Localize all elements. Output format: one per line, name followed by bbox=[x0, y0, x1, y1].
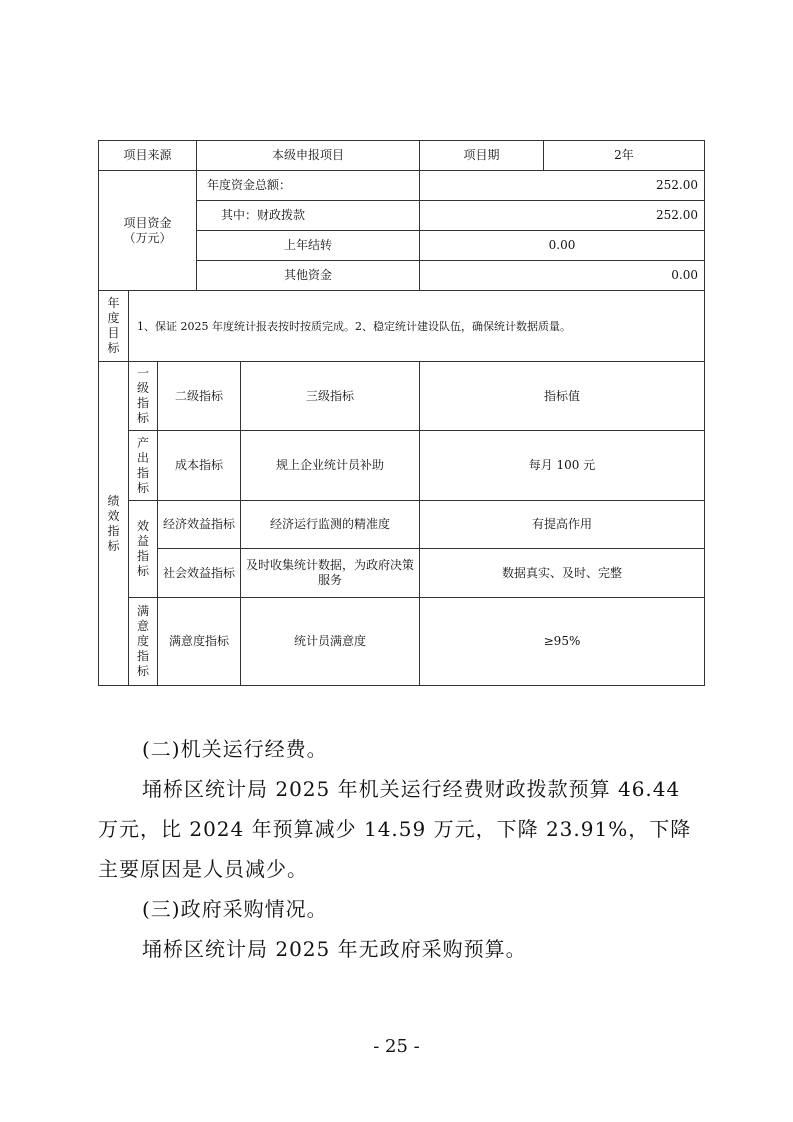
label-char: 指 bbox=[131, 396, 155, 411]
label-char: 标 bbox=[131, 564, 155, 579]
fund-row-value: 252.00 bbox=[420, 171, 705, 201]
label-char: 指 bbox=[131, 649, 155, 664]
fund-row-value: 252.00 bbox=[420, 201, 705, 231]
level2-cell: 成本指标 bbox=[158, 431, 241, 501]
funds-label: 项目资金 （万元） bbox=[99, 171, 197, 291]
label-char: 度 bbox=[101, 311, 126, 326]
value-cell: ≥95% bbox=[420, 598, 705, 686]
period-value: 2年 bbox=[544, 141, 705, 171]
annual-goal-text: 1、保证 2025 年度统计报表按时按质完成。2、稳定统计建设队伍，确保统计数据… bbox=[129, 291, 705, 362]
page-number: - 25 - bbox=[0, 1036, 793, 1057]
label-char: 标 bbox=[131, 411, 155, 426]
label-char: 标 bbox=[131, 481, 155, 496]
level3-cell: 经济运行监测的精准度 bbox=[241, 501, 420, 549]
level1-output: 产 出 指 标 bbox=[129, 431, 158, 501]
fund-row-label: 上年结转 bbox=[197, 231, 420, 261]
fund-row-label: 年度资金总额： bbox=[197, 171, 420, 201]
label-char: 绩 bbox=[101, 494, 126, 509]
header-level1: 一 级 指 标 bbox=[129, 362, 158, 431]
level3-cell: 及时收集统计数据，为政府决策服务 bbox=[241, 549, 420, 598]
funds-unit-text: （万元） bbox=[103, 231, 192, 246]
source-value: 本级申报项目 bbox=[197, 141, 420, 171]
paragraph-operating-expenses: 埇桥区统计局 2025 年机关运行经费财政拨款预算 46.44 万元，比 202… bbox=[98, 769, 704, 889]
header-level2: 二级指标 bbox=[158, 362, 241, 431]
value-cell: 数据真实、及时、完整 bbox=[420, 549, 705, 598]
fund-row-value: 0.00 bbox=[420, 231, 705, 261]
label-char: 满 bbox=[131, 604, 155, 619]
level1-benefit: 效 益 指 标 bbox=[129, 501, 158, 598]
label-char: 一 bbox=[131, 366, 155, 381]
label-char: 标 bbox=[101, 341, 126, 356]
label-char: 度 bbox=[131, 634, 155, 649]
label-char: 指 bbox=[131, 549, 155, 564]
label-char: 益 bbox=[131, 534, 155, 549]
level2-cell: 社会效益指标 bbox=[158, 549, 241, 598]
level2-cell: 满意度指标 bbox=[158, 598, 241, 686]
project-info-table: 项目来源 本级申报项目 项目期 2年 项目资金 （万元） 年度资金总额： 252… bbox=[98, 140, 705, 291]
fund-row-value: 0.00 bbox=[420, 261, 705, 291]
label-char: 效 bbox=[131, 519, 155, 534]
fund-row-label: 其他资金 bbox=[197, 261, 420, 291]
label-char: 标 bbox=[131, 664, 155, 679]
performance-table: 绩 效 指 标 一 级 指 标 二级指标 三级指标 指标值 产 出 指 标 成本… bbox=[98, 361, 705, 686]
period-label: 项目期 bbox=[420, 141, 544, 171]
label-char: 意 bbox=[131, 619, 155, 634]
label-char: 产 bbox=[131, 436, 155, 451]
label-char: 效 bbox=[101, 509, 126, 524]
value-cell: 每月 100 元 bbox=[420, 431, 705, 501]
header-value: 指标值 bbox=[420, 362, 705, 431]
heading-operating-expenses: (二)机关运行经费。 bbox=[98, 729, 704, 769]
label-char: 年 bbox=[101, 296, 126, 311]
level3-cell: 统计员满意度 bbox=[241, 598, 420, 686]
level2-cell: 经济效益指标 bbox=[158, 501, 241, 549]
performance-label: 绩 效 指 标 bbox=[99, 362, 129, 686]
level1-satisfaction: 满 意 度 指 标 bbox=[129, 598, 158, 686]
label-char: 目 bbox=[101, 326, 126, 341]
level3-cell: 规上企业统计员补助 bbox=[241, 431, 420, 501]
value-cell: 有提高作用 bbox=[420, 501, 705, 549]
label-char: 标 bbox=[101, 539, 126, 554]
label-char: 指 bbox=[131, 466, 155, 481]
fund-row-label: 其中：财政拨款 bbox=[197, 201, 420, 231]
source-label: 项目来源 bbox=[99, 141, 197, 171]
funds-label-text: 项目资金 bbox=[103, 216, 192, 231]
label-char: 级 bbox=[131, 381, 155, 396]
heading-procurement: (三)政府采购情况。 bbox=[98, 889, 704, 929]
annual-goal-label: 年 度 目 标 bbox=[99, 291, 129, 362]
paragraph-procurement: 埇桥区统计局 2025 年无政府采购预算。 bbox=[98, 929, 704, 969]
annual-goal-table: 年 度 目 标 1、保证 2025 年度统计报表按时按质完成。2、稳定统计建设队… bbox=[98, 290, 705, 362]
label-char: 出 bbox=[131, 451, 155, 466]
header-level3: 三级指标 bbox=[241, 362, 420, 431]
label-char: 指 bbox=[101, 524, 126, 539]
